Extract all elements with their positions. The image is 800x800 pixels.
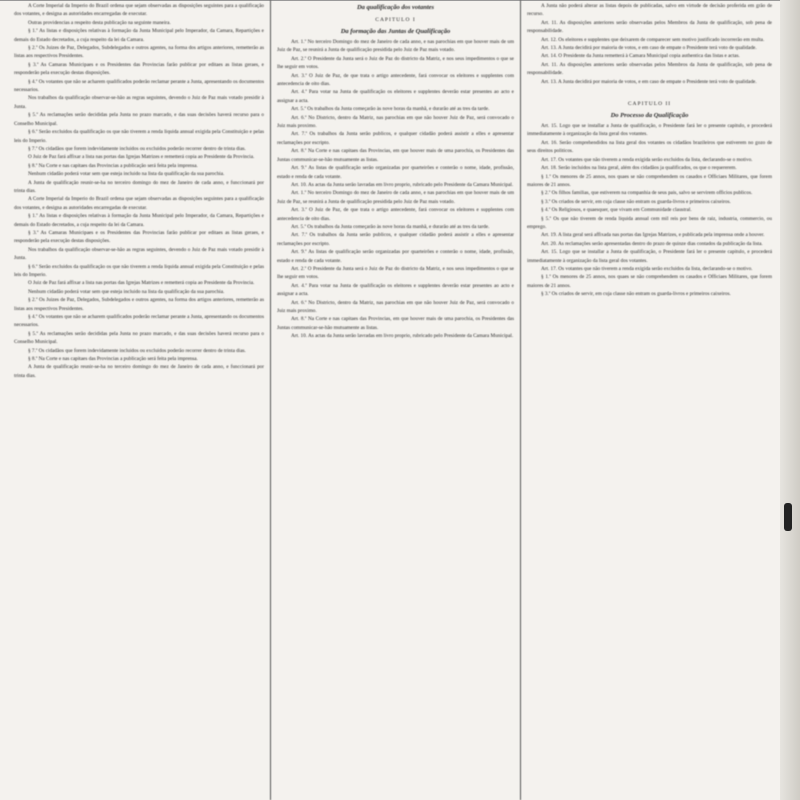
chapter-subheading: Do Processo da Qualificação <box>527 110 772 122</box>
paragraph: Art. 15. Logo que se installar a Junta d… <box>527 122 772 139</box>
paragraph: § 3.º As Camaras Municipaes e os Preside… <box>14 61 264 78</box>
paragraph: Art. 11. As disposições anteriores serão… <box>527 19 772 36</box>
section-heading: Da qualificação dos votantes <box>277 2 514 14</box>
paragraph: § 8.º Na Corte e nas capitaes das Provin… <box>14 162 264 170</box>
paragraph: Art. 10. As actas da Junta serão lavrada… <box>277 332 514 340</box>
paragraph: Art. 20. As reclamações serão apresentad… <box>527 240 772 248</box>
paragraph: Art. 3.º O Juiz de Paz, de que trata o a… <box>277 72 514 89</box>
paragraph: Outras providencias a respeito desta pub… <box>14 19 264 27</box>
paragraph: O Juiz de Paz fará affixar a lista nas p… <box>14 153 264 161</box>
column-left: A Corte Imperial da Imperio do Brazil or… <box>8 0 270 800</box>
paragraph: A Corte Imperial da Imperio do Brazil or… <box>14 195 264 212</box>
paragraph: § 4.º Os votantes que não se acharem qua… <box>14 78 264 95</box>
paragraph: Art. 6.º No Districto, dentro da Matriz,… <box>277 114 514 131</box>
paragraph: § 7.º Os cidadãos que forem indevidament… <box>14 347 264 355</box>
chapter-subheading: Da formação das Juntas de Qualificação <box>277 26 514 38</box>
paragraph: A Junta de qualificação reunir-se-ha no … <box>14 363 264 380</box>
paragraph: Art. 18. Serão incluidos na lista geral,… <box>527 164 772 172</box>
paragraph: Art. 13. A Junta decidirá por maioria de… <box>527 78 772 86</box>
paragraph: Art. 2.º O Presidente da Junta será o Ju… <box>277 265 514 282</box>
paragraph: Art. 6.º No Districto, dentro da Matriz,… <box>277 299 514 316</box>
paragraph: Art. 3.º O Juiz de Paz, de que trata o a… <box>277 206 514 223</box>
paragraph: § 6.º Serão excluidos da qualificação os… <box>14 263 264 280</box>
chapter-title: CAPITULO II <box>527 98 772 110</box>
paragraph: Art. 5.º Os trabalhos da Junta começarão… <box>277 105 514 113</box>
paragraph: Art. 12. Os eleitores e supplentes que d… <box>527 36 772 44</box>
paragraph: Art. 5.º Os trabalhos da Junta começarão… <box>277 223 514 231</box>
paragraph: Art. 14. O Presidente da Junta remetterá… <box>527 52 772 60</box>
gazette-page: A Corte Imperial da Imperio do Brazil or… <box>8 0 778 800</box>
paragraph: Art. 4.º Para votar na Junta de qualific… <box>277 88 514 105</box>
paragraph: Art. 9.º As listas de qualificação serão… <box>277 248 514 265</box>
paragraph: § 5.º As reclamações serão decididas pel… <box>14 330 264 347</box>
paragraph: § 8.º Na Corte e nas capitaes das Provin… <box>14 355 264 363</box>
paragraph: § 3.º Os criados de servir, em cuja clas… <box>527 198 772 206</box>
paragraph: Art. 4.º Para votar na Junta de qualific… <box>277 282 514 299</box>
paragraph: § 3.º Os criados de servir, em cuja clas… <box>527 290 772 298</box>
paragraph: Art. 15. Logo que se installar a Junta d… <box>527 248 772 265</box>
paragraph: Art. 7.º Os trabalhos da Junta serão pub… <box>277 231 514 248</box>
paragraph: § 5.º Os que não tiverem de renda liquid… <box>527 215 772 232</box>
chapter-title: CAPITULO I <box>277 14 514 26</box>
paragraph: § 2.º Os filhos familias, que estiverem … <box>527 189 772 197</box>
paragraph: Art. 11. As disposições anteriores serão… <box>527 61 772 78</box>
paragraph: Art. 16. Serão comprehendidos na lista g… <box>527 139 772 156</box>
paragraph: Art. 8.º Na Corte e nas capitaes das Pro… <box>277 315 514 332</box>
paragraph: § 7.º Os cidadãos que forem indevidament… <box>14 145 264 153</box>
paragraph: § 1.º As listas e disposições relativas … <box>14 27 264 44</box>
paragraph: § 3.º As Camaras Municipaes e os Preside… <box>14 229 264 246</box>
paragraph: Nenhum cidadão poderá votar sem que este… <box>14 288 264 296</box>
scan-page-edge <box>780 0 800 800</box>
paragraph: § 2.º Os Juizes de Paz, Delegados, Subde… <box>14 44 264 61</box>
paragraph: Art. 2.º O Presidente da Junta será o Ju… <box>277 55 514 72</box>
paragraph: Art. 1.º No terceiro Domingo do mez de J… <box>277 189 514 206</box>
paragraph: § 4.º Os Religiosos, e quaesquer, que vi… <box>527 206 772 214</box>
paragraph: § 2.º Os Juizes de Paz, Delegados, Subde… <box>14 296 264 313</box>
paragraph: Nos trabalhos da qualificação observar-s… <box>14 246 264 263</box>
paragraph: Art. 7.º Os trabalhos da Junta serão pub… <box>277 130 514 147</box>
paragraph: Art. 10. As actas da Junta serão lavrada… <box>277 181 514 189</box>
column-center: Da qualificação dos votantes CAPITULO I … <box>270 0 520 800</box>
paragraph: Nos trabalhos da qualificação observar-s… <box>14 94 264 111</box>
paragraph: Art. 9.º As listas de qualificação serão… <box>277 164 514 181</box>
paragraph: § 4.º Os votantes que não se acharem qua… <box>14 313 264 330</box>
binding-mark <box>784 503 792 531</box>
column-right: A Junta não poderá alterar as listas dep… <box>520 0 778 800</box>
paragraph: Art. 17. Os votantes que não tiverem a r… <box>527 265 772 273</box>
paragraph: § 1.º Os menores de 25 annos, nos quaes … <box>527 273 772 290</box>
paragraph: Art. 13. A Junta decidirá por maioria de… <box>527 44 772 52</box>
paragraph: § 5.º As reclamações serão decididas pel… <box>14 111 264 128</box>
paragraph: Art. 17. Os votantes que não tiverem a r… <box>527 156 772 164</box>
paragraph: § 1.º As listas e disposições relativas … <box>14 212 264 229</box>
paragraph: A Junta de qualificação reunir-se-ha no … <box>14 179 264 196</box>
paragraph: O Juiz de Paz fará affixar a lista nas p… <box>14 279 264 287</box>
paragraph: § 6.º Serão excluidos da qualificação os… <box>14 128 264 145</box>
paragraph: Art. 1.º No terceiro Domingo do mez de J… <box>277 38 514 55</box>
paragraph: Art. 8.º Na Corte e nas capitaes das Pro… <box>277 147 514 164</box>
paragraph: A Corte Imperial da Imperio do Brazil or… <box>14 2 264 19</box>
paragraph: Nenhum cidadão poderá votar sem que este… <box>14 170 264 178</box>
paragraph: § 1.º Os menores de 25 annos, nos quaes … <box>527 173 772 190</box>
paragraph: Art. 19. A lista geral será affixada nas… <box>527 231 772 239</box>
paragraph: A Junta não poderá alterar as listas dep… <box>527 2 772 19</box>
